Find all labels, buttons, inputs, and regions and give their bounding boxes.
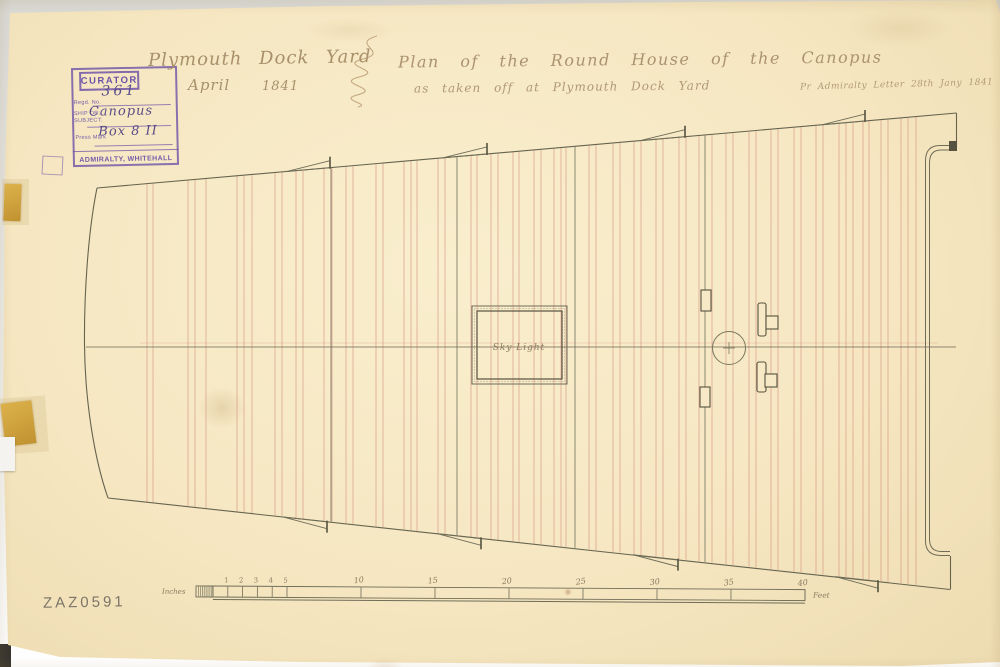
stamp-regd-no-value: 361 [101, 83, 137, 100]
scale-major-label: 30 [649, 577, 660, 587]
title-date-year: 1841 [262, 79, 299, 94]
scale-major-label: 40 [796, 578, 808, 588]
top-cleat [287, 161, 330, 172]
title-date-month: April [188, 76, 230, 94]
deck-fitting [700, 387, 710, 407]
scale-inches-label: Inches [161, 588, 186, 596]
scale-ticks [228, 587, 805, 601]
scale-unit-label: 4 [267, 576, 274, 585]
bottom-cleat [283, 517, 327, 529]
bottom-cleat [633, 555, 678, 567]
scale-unit-label: 3 [253, 576, 260, 585]
stamp-ship-value: Canopus [89, 103, 154, 119]
bottom-cleat [437, 534, 481, 546]
scale-inch-ticks [198, 586, 211, 596]
stamp-press-mark-value: Box 8 II [98, 123, 158, 139]
scale-major-label: 25 [574, 576, 586, 586]
top-cleat [640, 130, 685, 141]
bulkhead-inner-line [930, 150, 953, 552]
bitt [758, 303, 778, 336]
scale-major-label: 10 [353, 575, 364, 585]
scanned-plan-page: CURATOR Regd. No. 361 SHIP OR: SUBJECT: … [0, 0, 1000, 667]
scale-unit-label: 2 [237, 576, 244, 585]
top-cleat [822, 114, 865, 125]
bulkhead-end-cap [949, 141, 957, 151]
scale-major-label: 20 [500, 576, 512, 586]
scale-bar: Inches 1234510152025303540 Feet [161, 574, 831, 603]
scale-unit-label: 1 [223, 576, 229, 585]
curator-stamp: CURATOR Regd. No. 361 SHIP OR: SUBJECT: … [71, 66, 179, 167]
scale-major-label: 15 [427, 576, 438, 586]
catalog-number: ZAZ0591 [43, 593, 126, 611]
deck-fitting [701, 290, 711, 311]
title-dockyard: Plymouth Dock Yard [148, 46, 372, 71]
scale-feet-label: Feet [812, 591, 831, 600]
bitt [757, 362, 777, 392]
bottom-cleat [835, 577, 878, 589]
edge-cleats [283, 110, 878, 592]
scale-major-label: 35 [723, 577, 734, 587]
scale-unit-label: 5 [283, 576, 290, 585]
skylight-label: Sky Light [493, 343, 546, 353]
top-cleat [443, 147, 487, 158]
